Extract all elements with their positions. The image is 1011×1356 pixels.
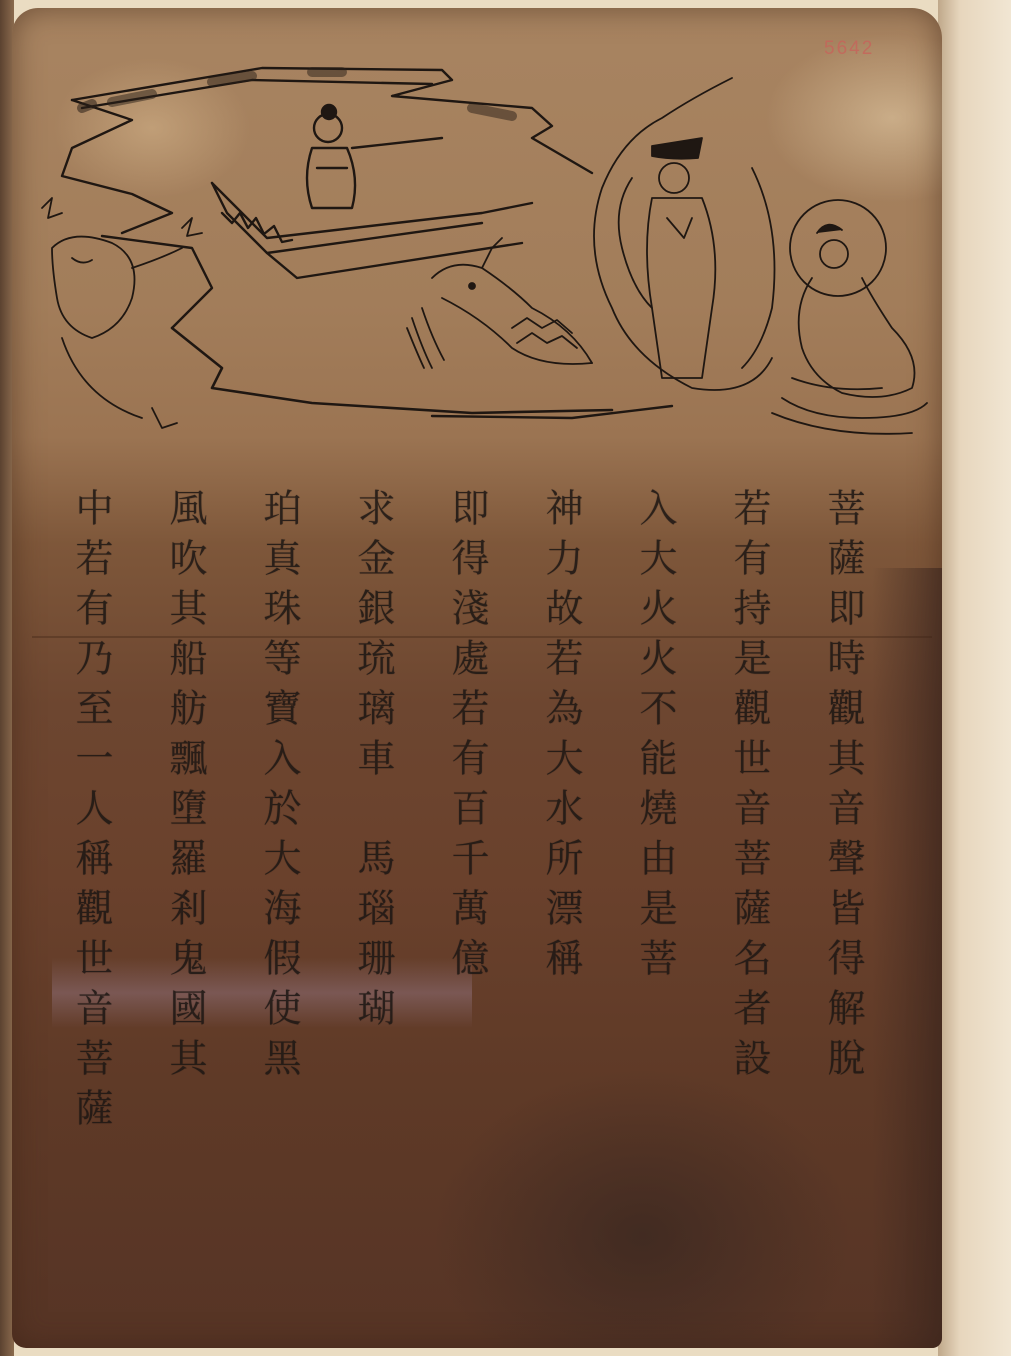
manuscript-leaf: 5642 [12,8,942,1348]
text-column-9: 中若有乃至一人稱觀世音菩薩 [72,488,110,1308]
cloud-ribbon-icon [62,68,672,418]
text-column-5: 即得淺處若有百千萬億 [448,488,486,1308]
seated-figure-on-platform-icon [212,105,532,278]
text-column-6: 求金銀琉璃車𤦲馬瑙珊瑚 [354,488,392,1308]
mount-strip [938,0,1011,1356]
manuscript-page: 5642 [0,0,1011,1356]
text-column-7: 珀真珠等寶入於大海假使黑 [260,488,298,1308]
official-in-flames-icon [594,78,775,390]
text-column-1: 菩薩即時觀其音聲皆得解脫 [824,488,862,1308]
illustration-panel [12,8,942,448]
text-column-2: 若有持是觀世音菩薩名者設 [730,488,768,1308]
scripture-text: 菩薩即時觀其音聲皆得解脫 若有持是觀世音菩薩名者設 入大火火不能燒由是菩 神力故… [72,488,862,1308]
text-column-4: 神力故若為大水所漂稱 [542,488,580,1308]
text-column-3: 入大火火不能燒由是菩 [636,488,674,1308]
text-column-8: 風吹其船舫飄墮羅剎鬼國其 [166,488,204,1308]
water-stain [872,568,942,1348]
bodhisattva-with-halo-icon [772,200,927,434]
